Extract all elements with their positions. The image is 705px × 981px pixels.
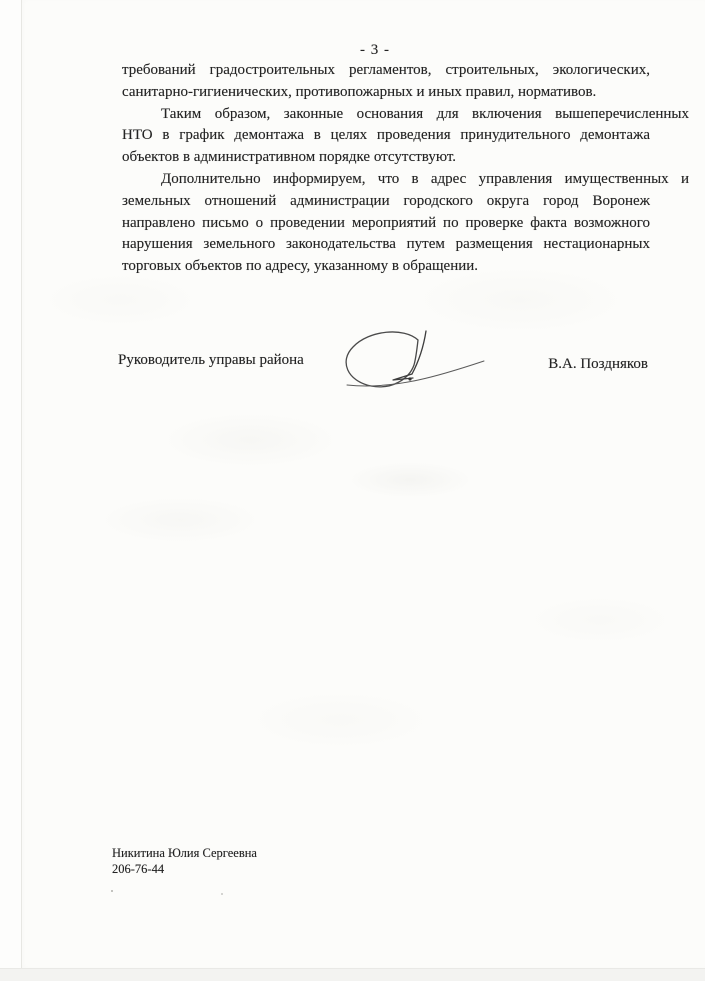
paragraph-3-line: Дополнительно информируем, что в адрес у… [122, 169, 689, 191]
page-number: - 3 - [122, 42, 628, 59]
executor-phone: 206-76-44 [112, 861, 257, 877]
handwritten-signature [340, 328, 488, 392]
scanned-document: - 3 - требований градостроительных регла… [0, 0, 705, 981]
scanner-background [0, 968, 705, 981]
paragraph-2-line: Таким образом, законные основания для вк… [122, 104, 689, 126]
paragraph-3-line: земельных отношений администрации городс… [122, 191, 650, 213]
paragraph-1-line: санитарно-гигиенических, противопожарных… [122, 82, 650, 104]
signer-name: В.А. Поздняков [548, 356, 648, 373]
paragraph-3-line: направлено письмо о проведении мероприят… [122, 213, 650, 235]
signer-position-label: Руководитель управы района [118, 352, 304, 369]
paragraph-2-line: объектов в административном порядке отсу… [122, 147, 650, 169]
scan-speck [221, 893, 223, 895]
paragraph-2-line: НТО в график демонтажа в целях проведени… [122, 125, 650, 147]
paragraph-1-line: требований градостроительных регламентов… [122, 60, 650, 82]
letter-body: требований градостроительных регламентов… [122, 60, 650, 278]
paragraph-3-line: торговых объектов по адресу, указанному … [122, 256, 650, 278]
paragraph-3-line: нарушения земельного законодательства пу… [122, 234, 650, 256]
executor-contact-block: Никитина Юлия Сергеевна 206-76-44 [112, 845, 257, 877]
executor-name: Никитина Юлия Сергеевна [112, 845, 257, 861]
scan-speck [111, 890, 113, 892]
